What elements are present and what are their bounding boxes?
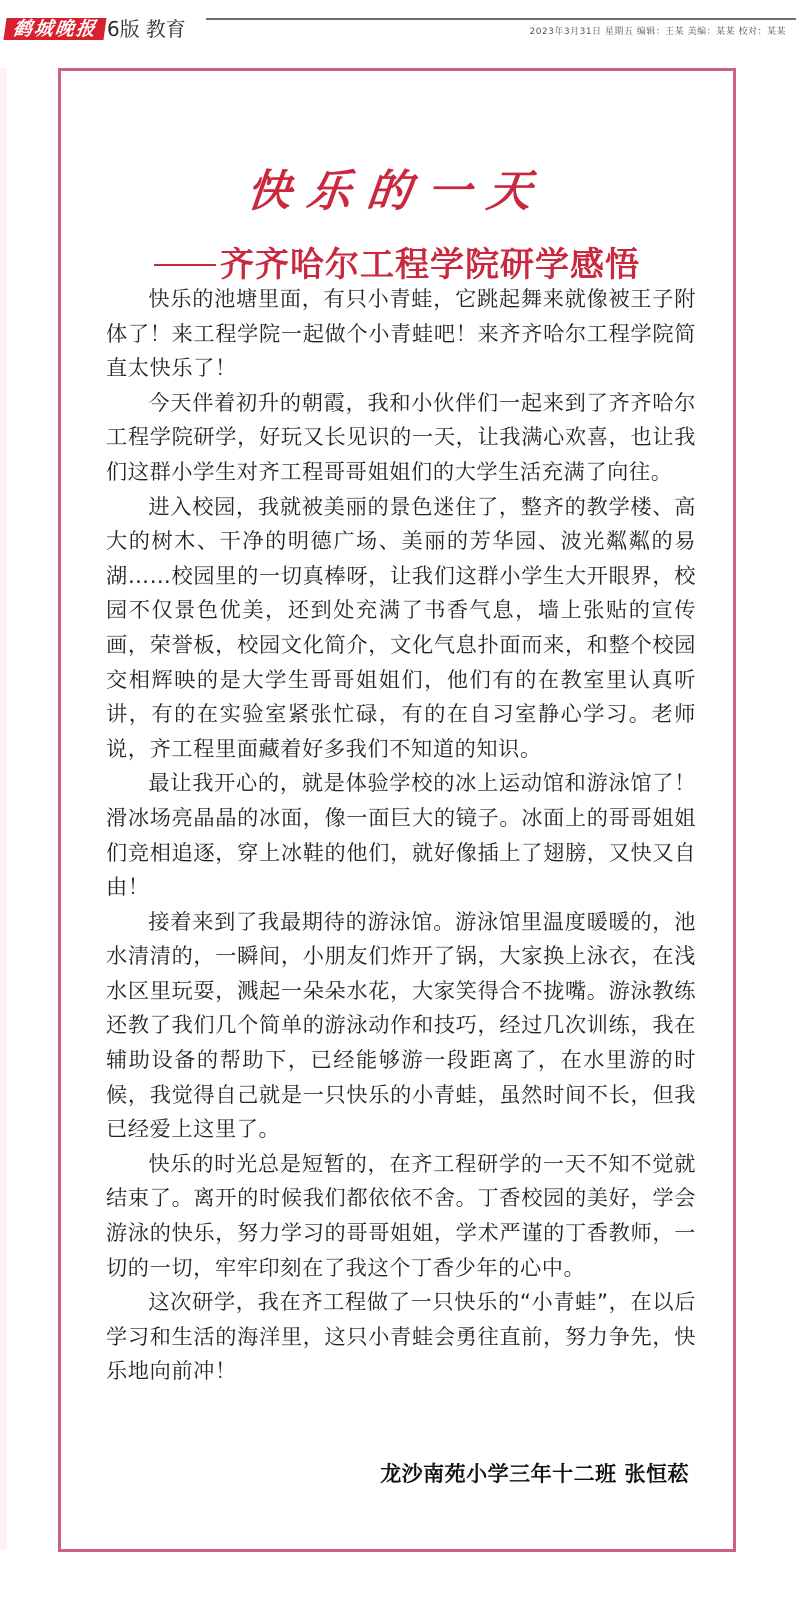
paragraph: 今天伴着初升的朝霞，我和小伙伴们一起来到了齐齐哈尔工程学院研学，好玩又长见识的一… [106, 386, 696, 490]
newspaper-logo: 鹤城晚报 [3, 18, 106, 40]
page-section-label: 6版教育 [107, 16, 186, 42]
paragraph: 快乐的池塘里面，有只小青蛙，它跳起舞来就像被王子附体了！来工程学院一起做个小青蛙… [106, 282, 696, 386]
paragraph: 接着来到了我最期待的游泳馆。游泳馆里温度暖暖的，池水清清的，一瞬间，小朋友们炸开… [106, 905, 696, 1147]
subtitle-dash [154, 264, 216, 266]
article-subtitle: 齐齐哈尔工程学院研学感悟 [61, 243, 733, 287]
section-name: 教育 [146, 17, 186, 41]
dateline: 2023年3月31日 星期五 编辑：王某 美编：某某 校对：某某 [529, 26, 786, 38]
header-divider [206, 18, 796, 20]
paragraph: 这次研学，我在齐工程做了一只快乐的“小青蛙”，在以后学习和生活的海洋里，这只小青… [106, 1285, 696, 1389]
page-edge-strip [0, 68, 7, 1550]
paragraph: 进入校园，我就被美丽的景色迷住了，整齐的教学楼、高大的树木、干净的明德广场、美丽… [106, 490, 696, 767]
article-title: 快乐的一天 [58, 164, 736, 220]
paragraph: 快乐的时光总是短暂的，在齐工程研学的一天不知不觉就结束了。离开的时候我们都依依不… [106, 1147, 696, 1285]
page-number: 6版 [107, 17, 140, 41]
author-byline: 龙沙南苑小学三年十二班 张恒菘 [380, 1459, 689, 1489]
article-body: 快乐的池塘里面，有只小青蛙，它跳起舞来就像被王子附体了！来工程学院一起做个小青蛙… [106, 282, 696, 1389]
article-subtitle-text: 齐齐哈尔工程学院研学感悟 [220, 245, 640, 285]
newspaper-masthead: 鹤城晚报 6版教育 2023年3月31日 星期五 编辑：王某 美编：某某 校对：… [0, 0, 800, 50]
article-frame: 快乐的一天 齐齐哈尔工程学院研学感悟 快乐的池塘里面，有只小青蛙，它跳起舞来就像… [58, 68, 736, 1552]
paragraph: 最让我开心的，就是体验学校的冰上运动馆和游泳馆了！滑冰场亮晶晶的冰面，像一面巨大… [106, 766, 696, 904]
